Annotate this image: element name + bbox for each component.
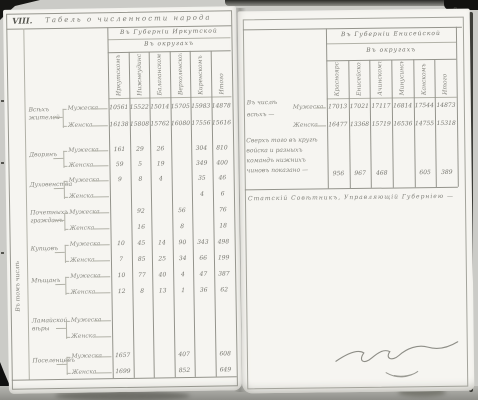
table-grid-line xyxy=(54,188,64,189)
table-grid-line xyxy=(91,150,108,151)
row-sublabel: Женска xyxy=(68,161,90,168)
scanned-ledger-spread: 8 14 VIII. Табель о численности народа В… xyxy=(0,0,478,400)
column-header: Итого xyxy=(442,61,449,95)
table-grid-line xyxy=(6,25,231,30)
table-grid-line xyxy=(326,42,456,45)
column-header: Ачинскомъ xyxy=(377,62,384,96)
table-grid-line xyxy=(95,372,112,373)
note-line: командъ нижнихъ xyxy=(246,156,326,165)
table-grid-line xyxy=(64,181,68,182)
cell-value: 17544 xyxy=(412,102,436,110)
row-sublabel: Мужеска xyxy=(68,147,90,154)
right-page: Въ Губерніи Енисейской Въ округахъ Статс… xyxy=(238,9,475,394)
table-grid-line xyxy=(65,277,69,278)
table-grid-line xyxy=(315,107,326,108)
column-header: Минусинскомъ xyxy=(398,61,405,95)
cell-value: 13368 xyxy=(348,121,372,129)
cell-value: 15705 xyxy=(169,103,192,111)
table-grid-line xyxy=(64,229,68,230)
cell-value: 349 xyxy=(190,160,213,168)
table-grid-line xyxy=(12,376,237,381)
table-grid-line xyxy=(91,125,108,126)
table-grid-line xyxy=(107,37,230,40)
row-sublabel: Женска xyxy=(69,224,91,231)
cell-value: 498 xyxy=(212,238,235,246)
cell-value: 17013 xyxy=(326,103,350,111)
cell-value: 56 xyxy=(171,207,194,215)
cell-value: 10 xyxy=(110,240,133,248)
cell-value: 17117 xyxy=(369,103,393,111)
column-header: Канскомъ xyxy=(420,61,427,95)
cell-value: 852 xyxy=(173,367,196,375)
cell-value: 16 xyxy=(130,224,153,232)
cell-value: 605 xyxy=(413,169,437,177)
table-grid-line xyxy=(55,252,65,253)
cell-value: 1657 xyxy=(111,352,134,360)
column-header: Балаганскомъ xyxy=(156,53,164,95)
cell-value: 15808 xyxy=(128,121,151,129)
row-sublabel: Женска xyxy=(70,288,92,295)
table-grid-line xyxy=(91,165,108,166)
cell-value: 15522 xyxy=(128,104,151,112)
column-header: Иркутскомъ xyxy=(115,54,123,96)
cell-value: 16536 xyxy=(391,120,415,128)
table-grid-line xyxy=(55,284,65,285)
cell-value: 4 xyxy=(150,175,173,183)
left-page: VIII. Табель о численности народа Въ Губ… xyxy=(3,6,242,394)
row-sublabel: Женска xyxy=(69,192,91,199)
cell-value: 199 xyxy=(212,254,235,262)
row-sublabel: Женска xyxy=(72,368,94,375)
cell-value: 8 xyxy=(171,223,194,231)
group-label: Въ числѣ xyxy=(247,99,293,108)
cell-value: 967 xyxy=(348,170,372,178)
cell-value: 10 xyxy=(110,272,133,280)
cell-value: 34 xyxy=(171,255,194,263)
cell-value: 14755 xyxy=(413,120,437,128)
table-grid-line xyxy=(245,187,458,191)
row-sublabel: Мужеска xyxy=(69,176,91,183)
cell-value: 343 xyxy=(192,239,215,247)
table-grid-line xyxy=(57,364,67,365)
cell-value: 608 xyxy=(214,350,237,358)
cell-value: 956 xyxy=(327,170,351,178)
cell-value: 389 xyxy=(435,169,459,177)
cell-value: 387 xyxy=(213,270,236,278)
cell-value: 85 xyxy=(130,256,153,264)
cell-value: 400 xyxy=(211,159,234,167)
cell-value: 14878 xyxy=(210,102,233,110)
column-header: Нижнеудинскомъ xyxy=(135,54,143,96)
table-grid-line xyxy=(94,356,111,357)
note-line: войска и разныхъ xyxy=(246,146,326,155)
cell-value: 36 xyxy=(192,287,215,295)
note-line: чиновъ показано — xyxy=(247,166,327,175)
table-grid-line xyxy=(93,244,110,245)
cell-value: 45 xyxy=(130,240,153,248)
row-sublabel: Мужеска xyxy=(71,352,93,359)
cell-value: 8 xyxy=(129,176,152,184)
cell-value: 16138 xyxy=(108,121,131,129)
table-grid-line xyxy=(91,108,108,109)
table-grid-line xyxy=(92,228,109,229)
cell-value: 468 xyxy=(370,170,394,178)
table-grid-line xyxy=(94,336,111,337)
table-grid-line xyxy=(65,245,69,246)
cell-value: 649 xyxy=(214,366,237,374)
group-label: всѣхъ — xyxy=(247,111,293,120)
table-grid-line xyxy=(56,328,66,329)
cell-value: 10561 xyxy=(107,104,130,112)
cell-value: 15014 xyxy=(148,103,171,111)
cell-value: 18 xyxy=(212,222,235,230)
cell-value: 5 xyxy=(129,161,152,169)
table-grid-line xyxy=(66,337,70,338)
row-sublabel: Женска xyxy=(71,332,93,339)
cell-value: 40 xyxy=(151,271,174,279)
scan-speck-3 xyxy=(1,252,4,254)
cell-value: 13 xyxy=(151,287,174,295)
cell-value: 8 xyxy=(131,288,154,296)
cell-value: 304 xyxy=(190,145,213,153)
cell-value: 810 xyxy=(211,144,234,152)
cell-value: 90 xyxy=(171,239,194,247)
table-grid-line xyxy=(64,213,68,214)
table-grid-line xyxy=(94,320,111,321)
cell-value: 35 xyxy=(191,175,214,183)
table-grid-line xyxy=(107,27,114,378)
table-grid-line xyxy=(66,357,70,358)
row-sublabel: Мужеска xyxy=(70,272,92,279)
row-sublabel: Мужеска xyxy=(67,105,89,112)
column-header: Киренскомъ xyxy=(197,53,205,95)
table-grid-line xyxy=(93,276,110,277)
cell-value: 9 xyxy=(109,176,132,184)
cell-value: 92 xyxy=(130,208,153,216)
column-header: Красноярскомъ xyxy=(333,62,340,96)
table-grid-line xyxy=(92,196,109,197)
signature-flourish xyxy=(334,334,465,384)
cell-value: 15719 xyxy=(369,121,393,129)
table-grid-line xyxy=(63,151,67,152)
cell-value: 16814 xyxy=(391,102,415,110)
table-grid-line xyxy=(63,166,67,167)
cell-value: 16080 xyxy=(169,120,192,128)
column-header: Итого xyxy=(217,52,225,94)
table-grid-line xyxy=(64,197,68,198)
cell-value: 12 xyxy=(110,288,133,296)
note-line: Сверхъ того въ кругѣ xyxy=(246,136,326,145)
cell-value: 15318 xyxy=(434,120,458,128)
table-grid-line xyxy=(315,125,326,126)
table-grid-line xyxy=(54,220,64,221)
cell-value: 26 xyxy=(149,145,172,153)
cell-value: 19 xyxy=(149,160,172,168)
table-grid-line xyxy=(65,261,69,262)
cell-value: 17556 xyxy=(190,120,213,128)
cell-value: 47 xyxy=(192,271,215,279)
cell-value: 15616 xyxy=(210,119,233,127)
table-grid-line xyxy=(23,29,30,380)
scan-speck-2 xyxy=(1,162,4,164)
cell-value: 4 xyxy=(172,271,195,279)
cell-value: 66 xyxy=(192,255,215,263)
row-sublabel: Женска xyxy=(70,256,92,263)
row-sublabel: Мужеска xyxy=(71,316,93,323)
column-header: Верхоленскомъ xyxy=(176,53,184,95)
row-sublabel: Женска xyxy=(68,122,90,129)
cell-value: 6 xyxy=(211,190,234,198)
table-grid-line xyxy=(63,126,67,127)
scan-smudge-top-band xyxy=(225,0,478,6)
cell-value: 15762 xyxy=(149,120,172,128)
table-grid-line xyxy=(66,321,70,322)
table-grid-line xyxy=(92,180,109,181)
cell-value: 59 xyxy=(108,161,131,169)
table-grid-line xyxy=(93,292,110,293)
cell-value: 4 xyxy=(191,191,214,199)
cell-value: 1699 xyxy=(112,368,135,376)
cell-value: 16477 xyxy=(326,121,350,129)
row-sublabel: Женска xyxy=(293,121,315,128)
table-grid-line xyxy=(65,293,69,294)
cell-value: 7 xyxy=(110,256,133,264)
table-grid-line xyxy=(53,116,63,117)
table-grid-line xyxy=(53,157,63,158)
cell-value: 14873 xyxy=(434,102,458,110)
cell-value: 62 xyxy=(213,286,236,294)
cell-value: 1 xyxy=(172,287,195,295)
table-grid-line xyxy=(93,260,110,261)
column-header: Енисейскомъ xyxy=(355,62,362,96)
table-grid-line xyxy=(67,373,71,374)
cell-value: 407 xyxy=(173,351,196,359)
row-sublabel: Мужеска xyxy=(70,240,92,247)
table-grid-line xyxy=(243,27,462,31)
table-grid-line xyxy=(92,212,109,213)
cell-value: 15983 xyxy=(189,103,212,111)
cell-value: 29 xyxy=(129,146,152,154)
cell-value: 14 xyxy=(151,239,174,247)
cell-value: 76 xyxy=(212,206,235,214)
left-table: ИркутскомъНижнеудинскомъБалаганскомъВерх… xyxy=(3,6,242,394)
cell-value: 46 xyxy=(211,174,234,182)
row-sublabel: Мужеска xyxy=(293,103,315,110)
table-grid-line xyxy=(63,109,67,110)
cell-value: 77 xyxy=(131,272,154,280)
cell-value: 161 xyxy=(108,146,131,154)
row-sublabel: Мужеска xyxy=(69,208,91,215)
cell-value: 25 xyxy=(151,255,174,263)
cell-value: 17021 xyxy=(347,103,371,111)
